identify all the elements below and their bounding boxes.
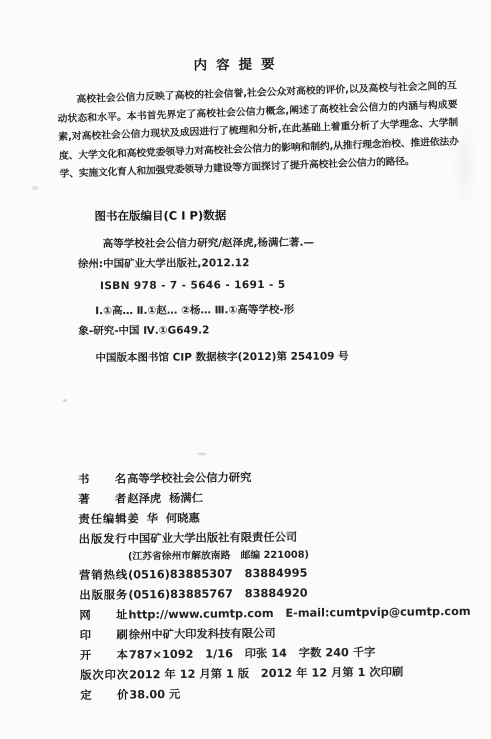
colophon-value: 徐州中矿大印发科技有限公司 [129, 624, 276, 646]
summary-paragraph: 高校社会公信力反映了高校的社会信誉,社会公众对高校的评价,以及高校与社会之间的互… [57, 77, 460, 184]
colophon-label [79, 559, 127, 560]
colophon-label: 出版发行 [79, 529, 127, 550]
colophon-value: http://www.cumtp.com E-mail:cumtpvip@cum… [128, 602, 470, 626]
colophon-value: 中国矿业大学出版社有限责任公司 [128, 528, 298, 550]
colophon-value: 2012 年 12 月第 1 版 2012 年 12 月第 1 次印刷 [129, 663, 403, 686]
colophon-row-website: 网址 http://www.cumtp.com E-mail:cumtpvip@… [79, 602, 471, 626]
scan-smudge [196, 452, 208, 456]
colophon-value: 38.00 元 [129, 685, 180, 706]
colophon-value: (江苏省徐州市解放南路 邮编 221008) [128, 548, 309, 566]
cip-block: 图书在版编目(C I P)数据 高等学校社会公信力研究/赵泽虎,杨满仁著.— 徐… [77, 204, 448, 369]
cip-record-number: 中国版本图书馆 CIP 数据核字(2012)第 254109 号 [95, 346, 448, 368]
cip-classification-line-2: 象-研究-中国 Ⅳ.①G649.2 [78, 319, 448, 342]
colophon-label: 版次印次 [80, 665, 128, 686]
cip-title-line: 高等学校社会公信力研究/赵泽虎,杨满仁著.— [103, 232, 448, 254]
summary-heading: 内容提要 [0, 50, 477, 77]
colophon-label: 著者 [78, 489, 126, 510]
scan-smudge [30, 185, 40, 191]
cip-publisher-line: 徐州:中国矿业大学出版社,2012.12 [78, 252, 448, 275]
colophon-label: 书名 [78, 469, 126, 490]
colophon-label: 营销热线 [79, 565, 127, 586]
colophon-block: 书名 高等学校社会公信力研究 著者 赵泽虎 杨满仁 责任编辑 姜 华 何晓惠 出… [78, 466, 472, 706]
colophon-label: 印刷 [80, 625, 128, 646]
colophon-value: 787×1092 1/16 印张 14 字数 240 千字 [129, 643, 376, 666]
colophon-value: 姜 华 何晓惠 [127, 509, 199, 530]
cip-classification-line-1: Ⅰ.①高… Ⅱ.①赵… ②杨… Ⅲ.①高等学校-形 [95, 299, 448, 321]
colophon-label: 定价 [80, 685, 128, 706]
colophon-label: 出版服务 [79, 585, 127, 606]
colophon-value: (0516)83885767 83884920 [128, 584, 308, 606]
colophon-label: 责任编辑 [78, 509, 126, 530]
colophon-value: (0516)83885307 83884995 [128, 564, 308, 586]
cip-isbn: ISBN 978 - 7 - 5646 - 1691 - 5 [100, 274, 448, 296]
book-copyright-page: 内容提要 高校社会公信力反映了高校的社会信誉,社会公众对高校的评价,以及高校与社… [0, 0, 491, 739]
colophon-value: 高等学校社会公信力研究 [127, 468, 251, 489]
colophon-value: 赵泽虎 杨满仁 [127, 489, 203, 510]
colophon-row-price: 定价 38.00 元 [80, 682, 472, 706]
cip-heading: 图书在版编目(C I P)数据 [94, 204, 447, 226]
scan-smudge [62, 398, 68, 403]
colophon-label: 网址 [79, 605, 127, 626]
colophon-label: 开本 [80, 645, 128, 666]
